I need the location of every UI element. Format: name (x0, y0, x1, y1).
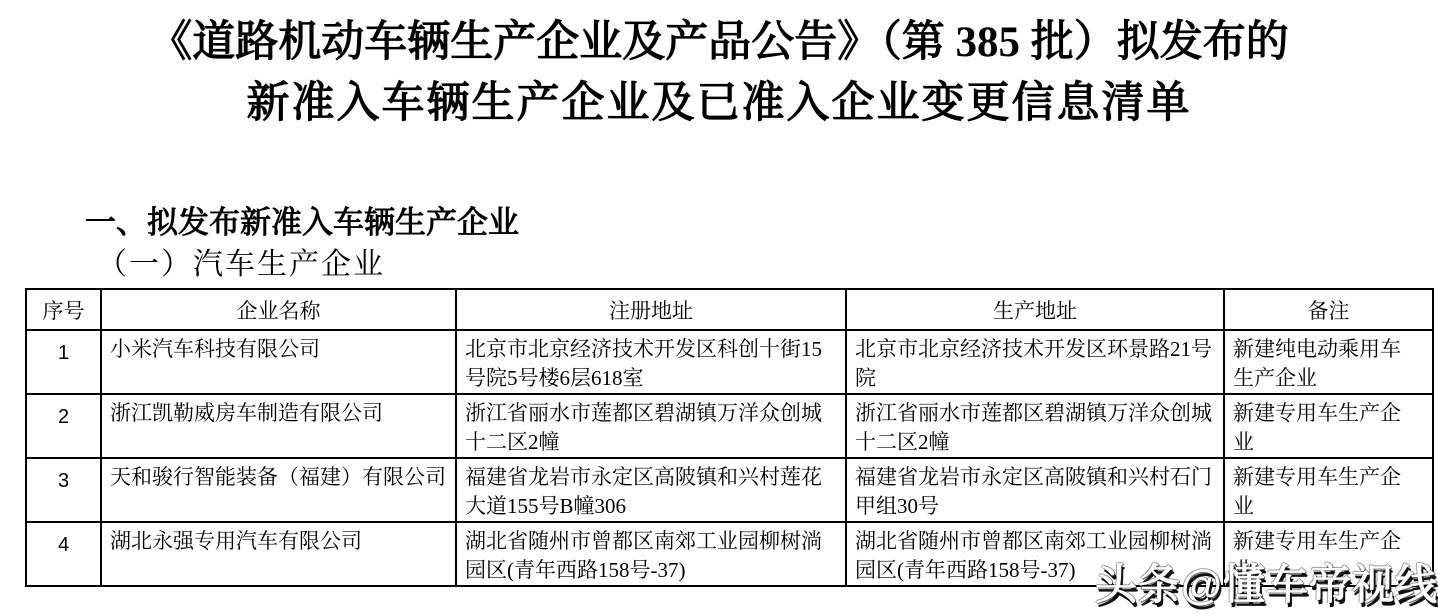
cell-remarks: 新建纯电动乘用车生产企业 (1224, 330, 1433, 394)
cell-company-name: 天和骏行智能装备（福建）有限公司 (101, 458, 456, 522)
document-page: 《道路机动车辆生产企业及产品公告》（第 385 批）拟发布的 新准入车辆生产企业… (0, 0, 1438, 614)
cell-company-name: 浙江凯勒威房车制造有限公司 (101, 394, 456, 458)
cell-index: 1 (26, 330, 101, 394)
cell-remarks: 新建专用车生产企业 (1224, 394, 1433, 458)
column-header-company-name: 企业名称 (101, 289, 456, 330)
cell-index: 3 (26, 458, 101, 522)
watermark: 头条@懂车帝视线 (1095, 552, 1438, 612)
table-header-row: 序号 企业名称 注册地址 生产地址 备注 (26, 289, 1433, 330)
document-title-line2: 新准入车辆生产企业及已准入企业变更信息清单 (0, 73, 1438, 134)
cell-production-address: 浙江省丽水市莲都区碧湖镇万洋众创城十二区2幢 (846, 394, 1224, 458)
cell-registered-address: 浙江省丽水市莲都区碧湖镇万洋众创城十二区2幢 (456, 394, 846, 458)
cell-production-address: 北京市北京经济技术开发区环景路21号院 (846, 330, 1224, 394)
document-title-line1: 《道路机动车辆生产企业及产品公告》（第 385 批）拟发布的 (0, 12, 1438, 73)
subsection-heading: （一）汽车生产企业 (97, 248, 1438, 282)
cell-index: 4 (26, 522, 101, 586)
section-heading: 一、拟发布新准入车辆生产企业 (85, 206, 1438, 240)
cell-index: 2 (26, 394, 101, 458)
table-row: 3 天和骏行智能装备（福建）有限公司 福建省龙岩市永定区高陂镇和兴村莲花大道15… (26, 458, 1433, 522)
companies-table: 序号 企业名称 注册地址 生产地址 备注 1 小米汽车科技有限公司 北京市北京经… (25, 288, 1434, 587)
cell-production-address: 福建省龙岩市永定区高陂镇和兴村石门甲组30号 (846, 458, 1224, 522)
table-row: 1 小米汽车科技有限公司 北京市北京经济技术开发区科创十街15号院5号楼6层61… (26, 330, 1433, 394)
cell-registered-address: 福建省龙岩市永定区高陂镇和兴村莲花大道155号B幢306 (456, 458, 846, 522)
cell-remarks: 新建专用车生产企业 (1224, 458, 1433, 522)
table-row: 2 浙江凯勒威房车制造有限公司 浙江省丽水市莲都区碧湖镇万洋众创城十二区2幢 浙… (26, 394, 1433, 458)
cell-registered-address: 北京市北京经济技术开发区科创十街15号院5号楼6层618室 (456, 330, 846, 394)
document-title: 《道路机动车辆生产企业及产品公告》（第 385 批）拟发布的 新准入车辆生产企业… (0, 0, 1438, 134)
column-header-remarks: 备注 (1224, 289, 1433, 330)
column-header-production-address: 生产地址 (846, 289, 1224, 330)
column-header-registered-address: 注册地址 (456, 289, 846, 330)
cell-registered-address: 湖北省随州市曾都区南郊工业园柳树淌园区(青年西路158号-37) (456, 522, 846, 586)
cell-company-name: 湖北永强专用汽车有限公司 (101, 522, 456, 586)
column-header-index: 序号 (26, 289, 101, 330)
cell-company-name: 小米汽车科技有限公司 (101, 330, 456, 394)
